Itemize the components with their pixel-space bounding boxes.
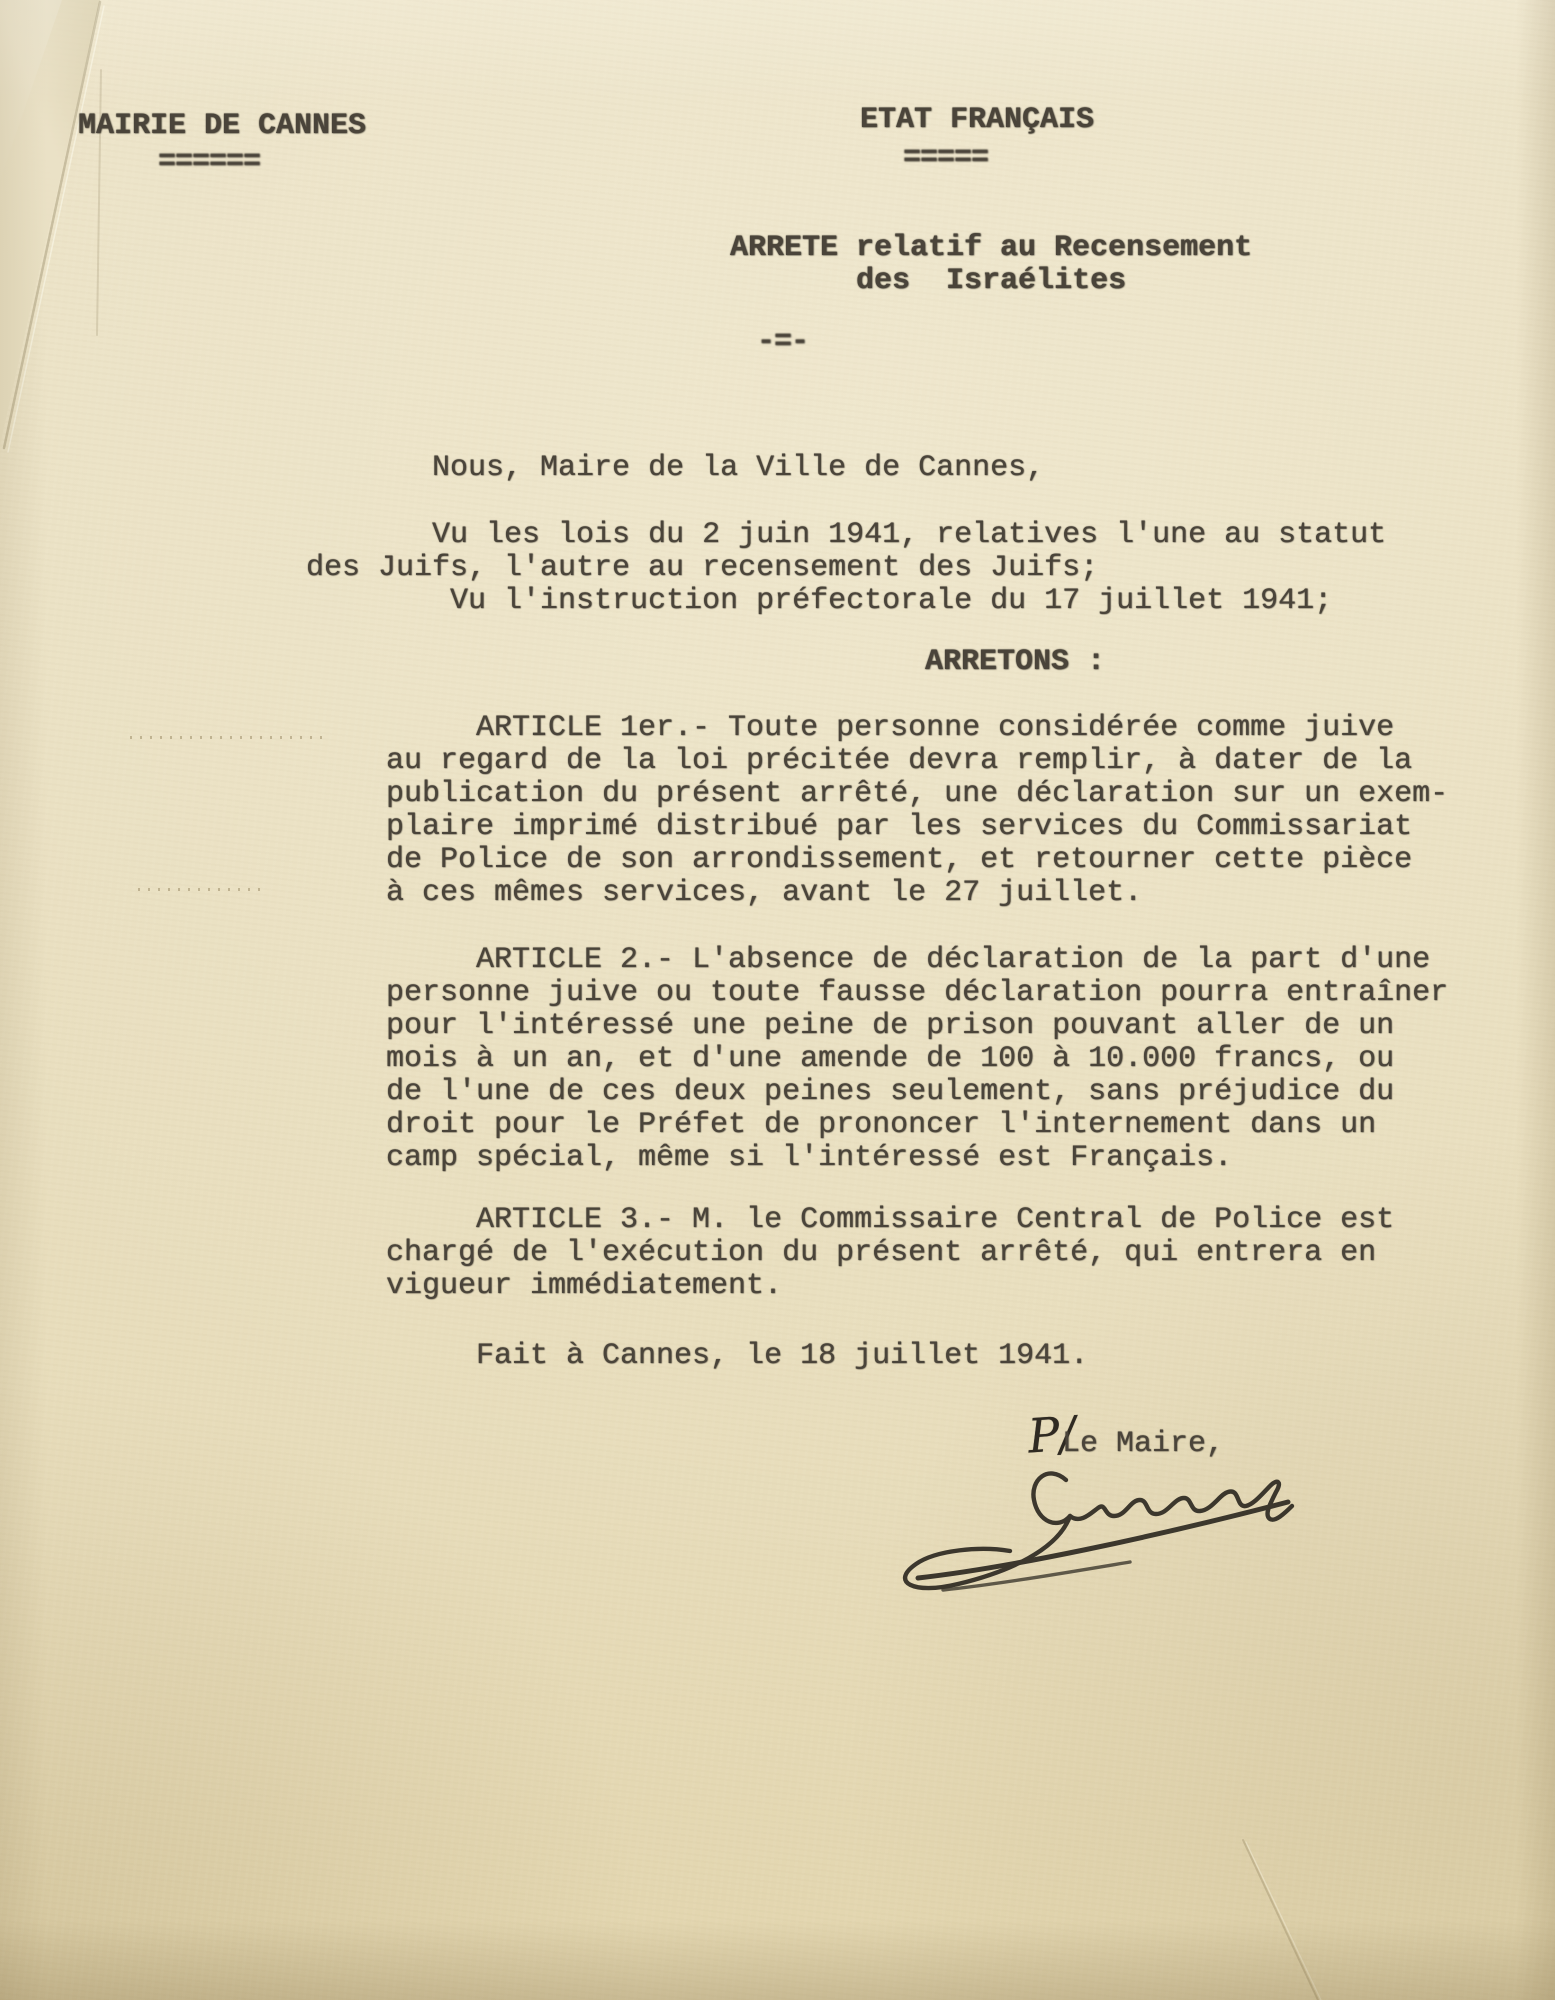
scanned-document-page: MAIRIE DE CANNES ====== ETAT FRANÇAIS ==… xyxy=(0,0,1555,2000)
dateline: Fait à Cannes, le 18 juillet 1941. xyxy=(386,1340,1088,1373)
faint-dotted-line xyxy=(130,736,330,739)
title-separator: -=- xyxy=(757,326,808,359)
article-3-paragraph: ARTICLE 3.- M. le Commissaire Central de… xyxy=(386,1204,1394,1303)
article-1-paragraph: ARTICLE 1er.- Toute personne considérée … xyxy=(386,712,1448,910)
article-2-paragraph: ARTICLE 2.- L'absence de déclaration de … xyxy=(386,944,1448,1175)
enacting-word: ARRETONS : xyxy=(925,646,1105,679)
signature-autograph: Arnault xyxy=(888,1458,1318,1603)
letterhead-org-rule: ====== xyxy=(158,146,260,179)
letterhead-state: ETAT FRANÇAIS xyxy=(860,104,1094,137)
letterhead-state-rule: ===== xyxy=(903,142,988,175)
folded-corner xyxy=(0,0,110,460)
recitals-paragraph: Vu les lois du 2 juin 1941, relatives l'… xyxy=(306,519,1386,618)
signatory-title: Le Maire, xyxy=(1062,1428,1224,1461)
faint-dotted-line xyxy=(138,888,263,891)
salutation-line: Nous, Maire de la Ville de Cannes, xyxy=(306,452,1044,485)
letterhead-org: MAIRIE DE CANNES xyxy=(78,110,366,143)
document-title: ARRETE relatif au Recensement des Israél… xyxy=(730,232,1252,298)
